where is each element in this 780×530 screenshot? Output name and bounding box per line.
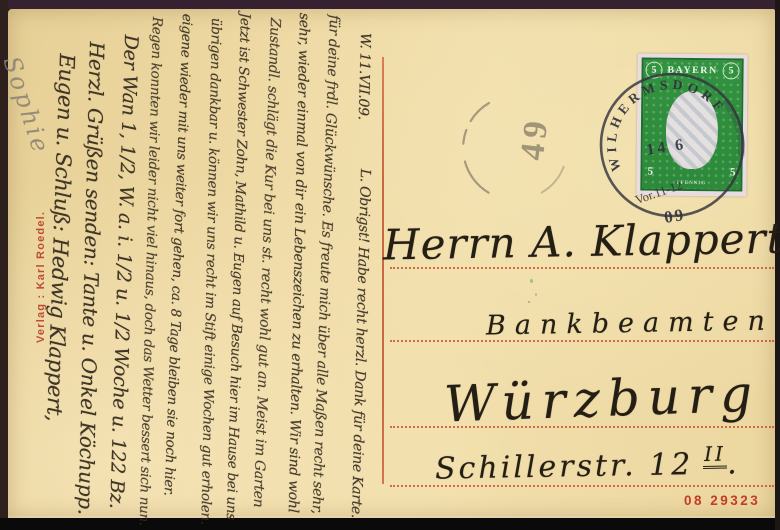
message-line: Eugen u. Schluß: Hedwig Klappert, [42, 53, 78, 422]
ink-speck [528, 301, 530, 303]
message-line: eigene wieder mit uns weiter fort gehen,… [160, 13, 194, 496]
address-divider-line [382, 57, 384, 484]
message-line: Der Wan 1, 1/2, W. a. i. 1/2 u. 1/2 Woch… [105, 34, 141, 509]
scan-edge-bottom [0, 518, 780, 530]
message-line: sehr, wieder einmal von dir ein Lebensze… [284, 13, 311, 513]
postmark-year: 09 [663, 205, 687, 227]
ink-speck [535, 293, 537, 296]
address-city: Würzburg [443, 365, 761, 434]
address-guide-line-2 [390, 340, 774, 342]
ink-speck [530, 279, 533, 283]
postmark-wilhermsdorf: WILHERMSDORF 14 6 Vor.11-12 09 [596, 56, 766, 231]
transit-mark-arc-fragment [541, 166, 564, 193]
transit-mark-number: 49 [514, 114, 556, 162]
message-line: für deine frdl. Glückwünsche. Es freute … [308, 14, 341, 514]
postmark-day: 14 6 [645, 136, 687, 159]
address-street: Schillerstr. 12II. [435, 446, 740, 486]
message-date: W. 11.VII.09. [354, 33, 372, 120]
street-and-number: Schillerstr. 12 [435, 447, 694, 487]
message-line: übrigen dankbar u. können wir uns recht … [197, 18, 223, 525]
floor-superscript: II [703, 442, 727, 469]
postcard-scan: Sophie Verlag : Karl Roedel. W. 11.VII.0… [0, 0, 780, 530]
transit-mark-49: 49 [440, 90, 570, 220]
pencil-owner-note: Sophie [0, 53, 55, 158]
street-period: . [727, 446, 740, 481]
transit-mark-arc [463, 103, 493, 195]
message-line: L. Obrigst! Habe recht herzl. Dank für d… [347, 169, 372, 519]
message-line: Jetzt ist Schwester Zohn, Mathild u. Eug… [223, 13, 252, 521]
message-line: Zustandl. schlägt die Kur bei uns st. re… [249, 17, 282, 507]
postmark-time: Vor.11-12 [633, 178, 684, 207]
postcard-back: Sophie Verlag : Karl Roedel. W. 11.VII.0… [8, 9, 775, 518]
scan-edge-top [0, 0, 780, 9]
message-line: Herzl. Grüßen senden: Tante u. Onkel Köc… [74, 41, 108, 515]
scan-edge-right [775, 0, 780, 530]
postmark-town-text: WILHERMSDORF [604, 77, 729, 174]
control-number: 08 29323 [684, 493, 760, 508]
address-occupation: Bankbeamten [486, 305, 774, 341]
